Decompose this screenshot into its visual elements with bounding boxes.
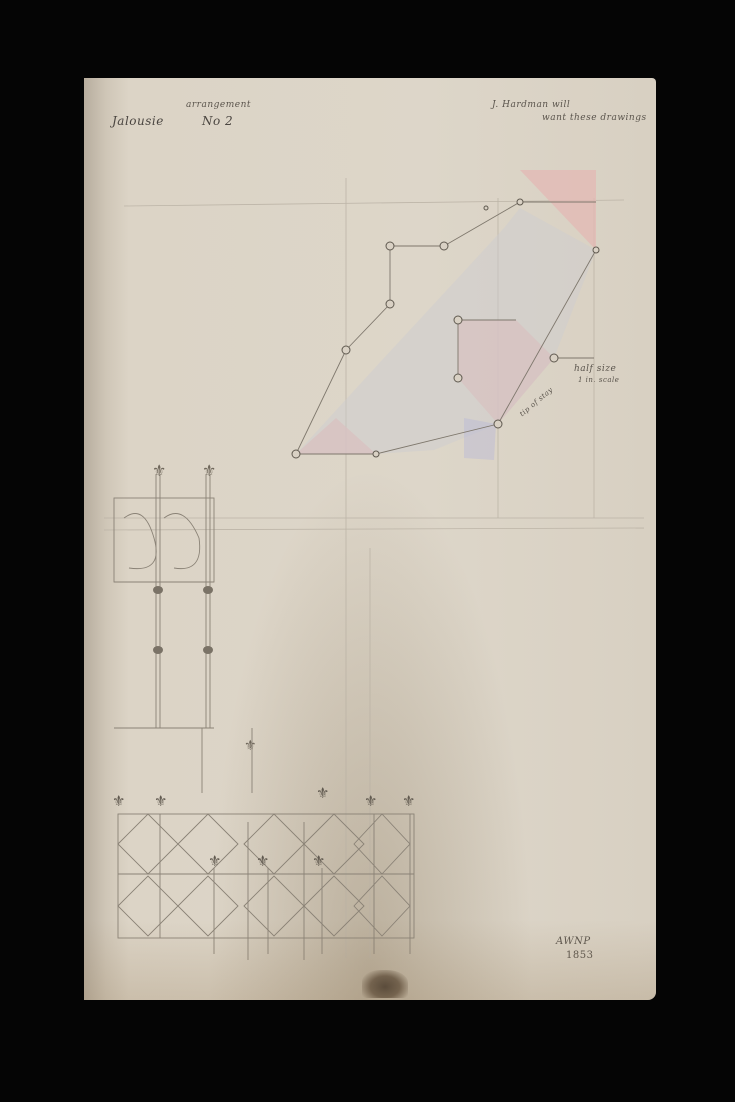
svg-text:⚜: ⚜ bbox=[154, 792, 167, 810]
elevation-upper-panel bbox=[114, 474, 252, 793]
ink-stain bbox=[362, 970, 408, 998]
svg-text:⚜: ⚜ bbox=[402, 792, 415, 810]
svg-text:⚜: ⚜ bbox=[364, 792, 377, 810]
svg-text:⚜: ⚜ bbox=[152, 461, 166, 480]
svg-text:⚜: ⚜ bbox=[208, 852, 221, 870]
paper-sheet: arrangement Jalousie No 2 J. Hardman wil… bbox=[84, 78, 656, 1000]
svg-text:⚜: ⚜ bbox=[256, 852, 269, 870]
svg-text:⚜: ⚜ bbox=[244, 738, 257, 754]
architectural-drawing: ⚜ ⚜ ⚜ bbox=[84, 78, 656, 1000]
signature-monogram: AWNP bbox=[556, 936, 591, 947]
finials-upper: ⚜ ⚜ ⚜ bbox=[152, 461, 257, 754]
svg-text:⚜: ⚜ bbox=[112, 792, 125, 810]
signature-year: 1853 bbox=[566, 950, 593, 961]
svg-text:⚜: ⚜ bbox=[202, 461, 216, 480]
svg-text:⚜: ⚜ bbox=[312, 852, 325, 870]
plan-view bbox=[292, 170, 599, 460]
svg-text:⚜: ⚜ bbox=[316, 784, 329, 802]
